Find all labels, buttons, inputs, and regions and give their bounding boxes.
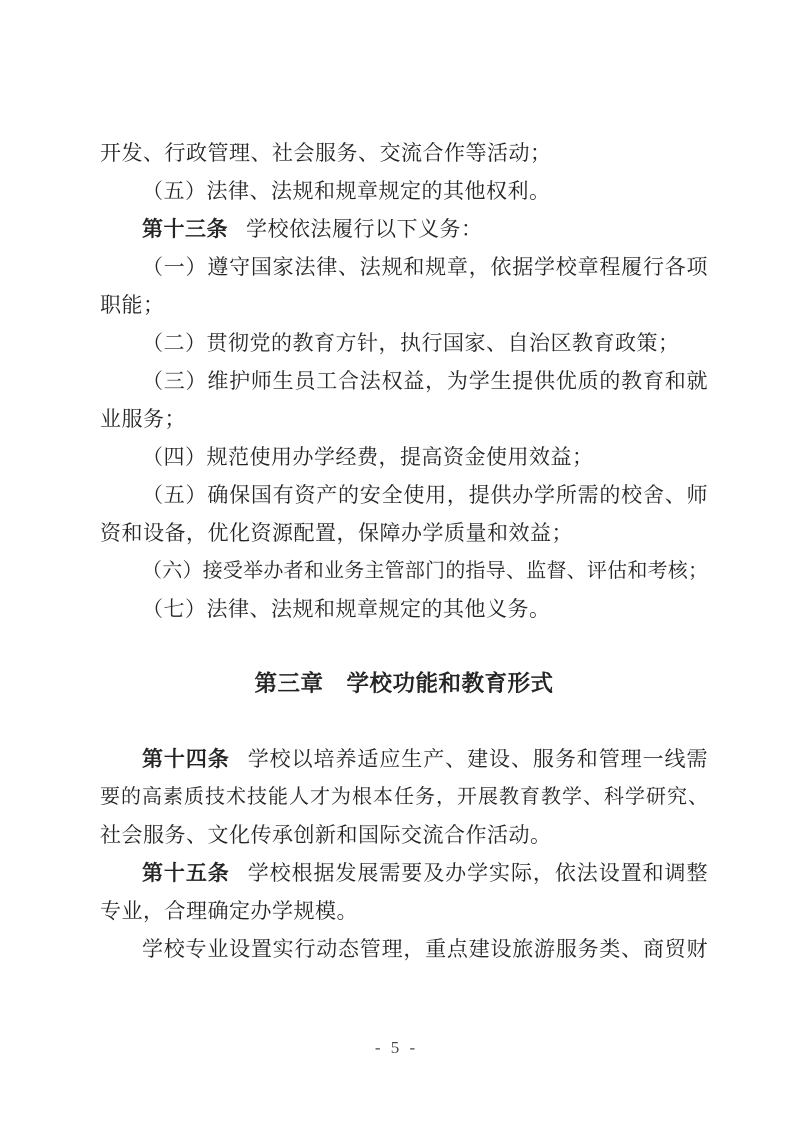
text-line: （三）维护师生员工合法权益，为学生提供优质的教育和就 — [100, 362, 708, 400]
page-number: - 5 - — [375, 1038, 418, 1057]
article-line: 第十五条学校根据发展需要及办学实际，依法设置和调整 — [100, 854, 708, 892]
line-text: 职能； — [100, 293, 165, 317]
text-line: 学校专业设置实行动态管理，重点建设旅游服务类、商贸财 — [100, 930, 708, 968]
line-text: 社会服务、文化传承创新和国际交流合作活动。 — [100, 823, 552, 847]
text-line: 业服务； — [100, 400, 708, 438]
line-text: （三）维护师生员工合法权益，为学生提供优质的教育和就 — [142, 369, 708, 393]
text-line: 社会服务、文化传承创新和国际交流合作活动。 — [100, 816, 708, 854]
line-text: （五）确保国有资产的安全使用，提供办学所需的校舍、师 — [142, 483, 708, 507]
line-text: （四）规范使用办学经费，提高资金使用效益； — [142, 445, 594, 469]
line-text: 学校专业设置实行动态管理，重点建设旅游服务类、商贸财 — [142, 937, 708, 961]
line-text: 资和设备，优化资源配置，保障办学质量和效益； — [100, 521, 573, 545]
article-line: 第十三条学校依法履行以下义务： — [100, 210, 708, 248]
line-text: 学校以培养适应生产、建设、服务和管理一线需 — [248, 747, 708, 771]
line-text: （五）法律、法规和规章规定的其他权利。 — [142, 179, 551, 203]
line-text: 专业，合理确定办学规模。 — [100, 899, 358, 923]
line-text: 开发、行政管理、社会服务、交流合作等活动； — [100, 141, 552, 165]
text-line: 开发、行政管理、社会服务、交流合作等活动； — [100, 134, 708, 172]
text-line: （六）接受举办者和业务主管部门的指导、监督、评估和考核； — [100, 552, 708, 590]
text-line: （一）遵守国家法律、法规和规章，依据学校章程履行各项 — [100, 248, 708, 286]
text-line: 资和设备，优化资源配置，保障办学质量和效益； — [100, 514, 708, 552]
document-body: 开发、行政管理、社会服务、交流合作等活动；（五）法律、法规和规章规定的其他权利。… — [100, 134, 708, 968]
line-text: 要的高素质技术技能人才为根本任务，开展教育教学、科学研究、 — [100, 786, 708, 808]
text-line: （五）法律、法规和规章规定的其他权利。 — [100, 172, 708, 210]
text-line: 职能； — [100, 286, 708, 324]
text-line: （四）规范使用办学经费，提高资金使用效益； — [100, 438, 708, 476]
line-text: 业服务； — [100, 407, 186, 431]
text-line: （七）法律、法规和规章规定的其他义务。 — [100, 590, 708, 628]
text-line: （五）确保国有资产的安全使用，提供办学所需的校舍、师 — [100, 476, 708, 514]
article-number-label: 第十五条 — [142, 862, 230, 885]
chapter-heading: 第三章 学校功能和教育形式 — [100, 665, 708, 703]
text-line: 要的高素质技术技能人才为根本任务，开展教育教学、科学研究、 — [100, 778, 708, 816]
article-line: 第十四条学校以培养适应生产、建设、服务和管理一线需 — [100, 740, 708, 778]
text-line: 专业，合理确定办学规模。 — [100, 892, 708, 930]
page-footer: - 5 - — [0, 1038, 793, 1058]
line-text: （六）接受举办者和业务主管部门的指导、监督、评估和考核； — [142, 560, 708, 582]
text-line: （二）贯彻党的教育方针，执行国家、自治区教育政策； — [100, 324, 708, 362]
line-text: （一）遵守国家法律、法规和规章，依据学校章程履行各项 — [142, 255, 708, 279]
line-text: 学校依法履行以下义务： — [246, 217, 483, 241]
article-number-label: 第十三条 — [142, 218, 228, 241]
line-text: 学校根据发展需要及办学实际，依法设置和调整 — [248, 861, 708, 885]
line-text: （七）法律、法规和规章规定的其他义务。 — [142, 597, 551, 621]
line-text: （二）贯彻党的教育方针，执行国家、自治区教育政策； — [142, 331, 680, 355]
article-number-label: 第十四条 — [142, 748, 230, 771]
